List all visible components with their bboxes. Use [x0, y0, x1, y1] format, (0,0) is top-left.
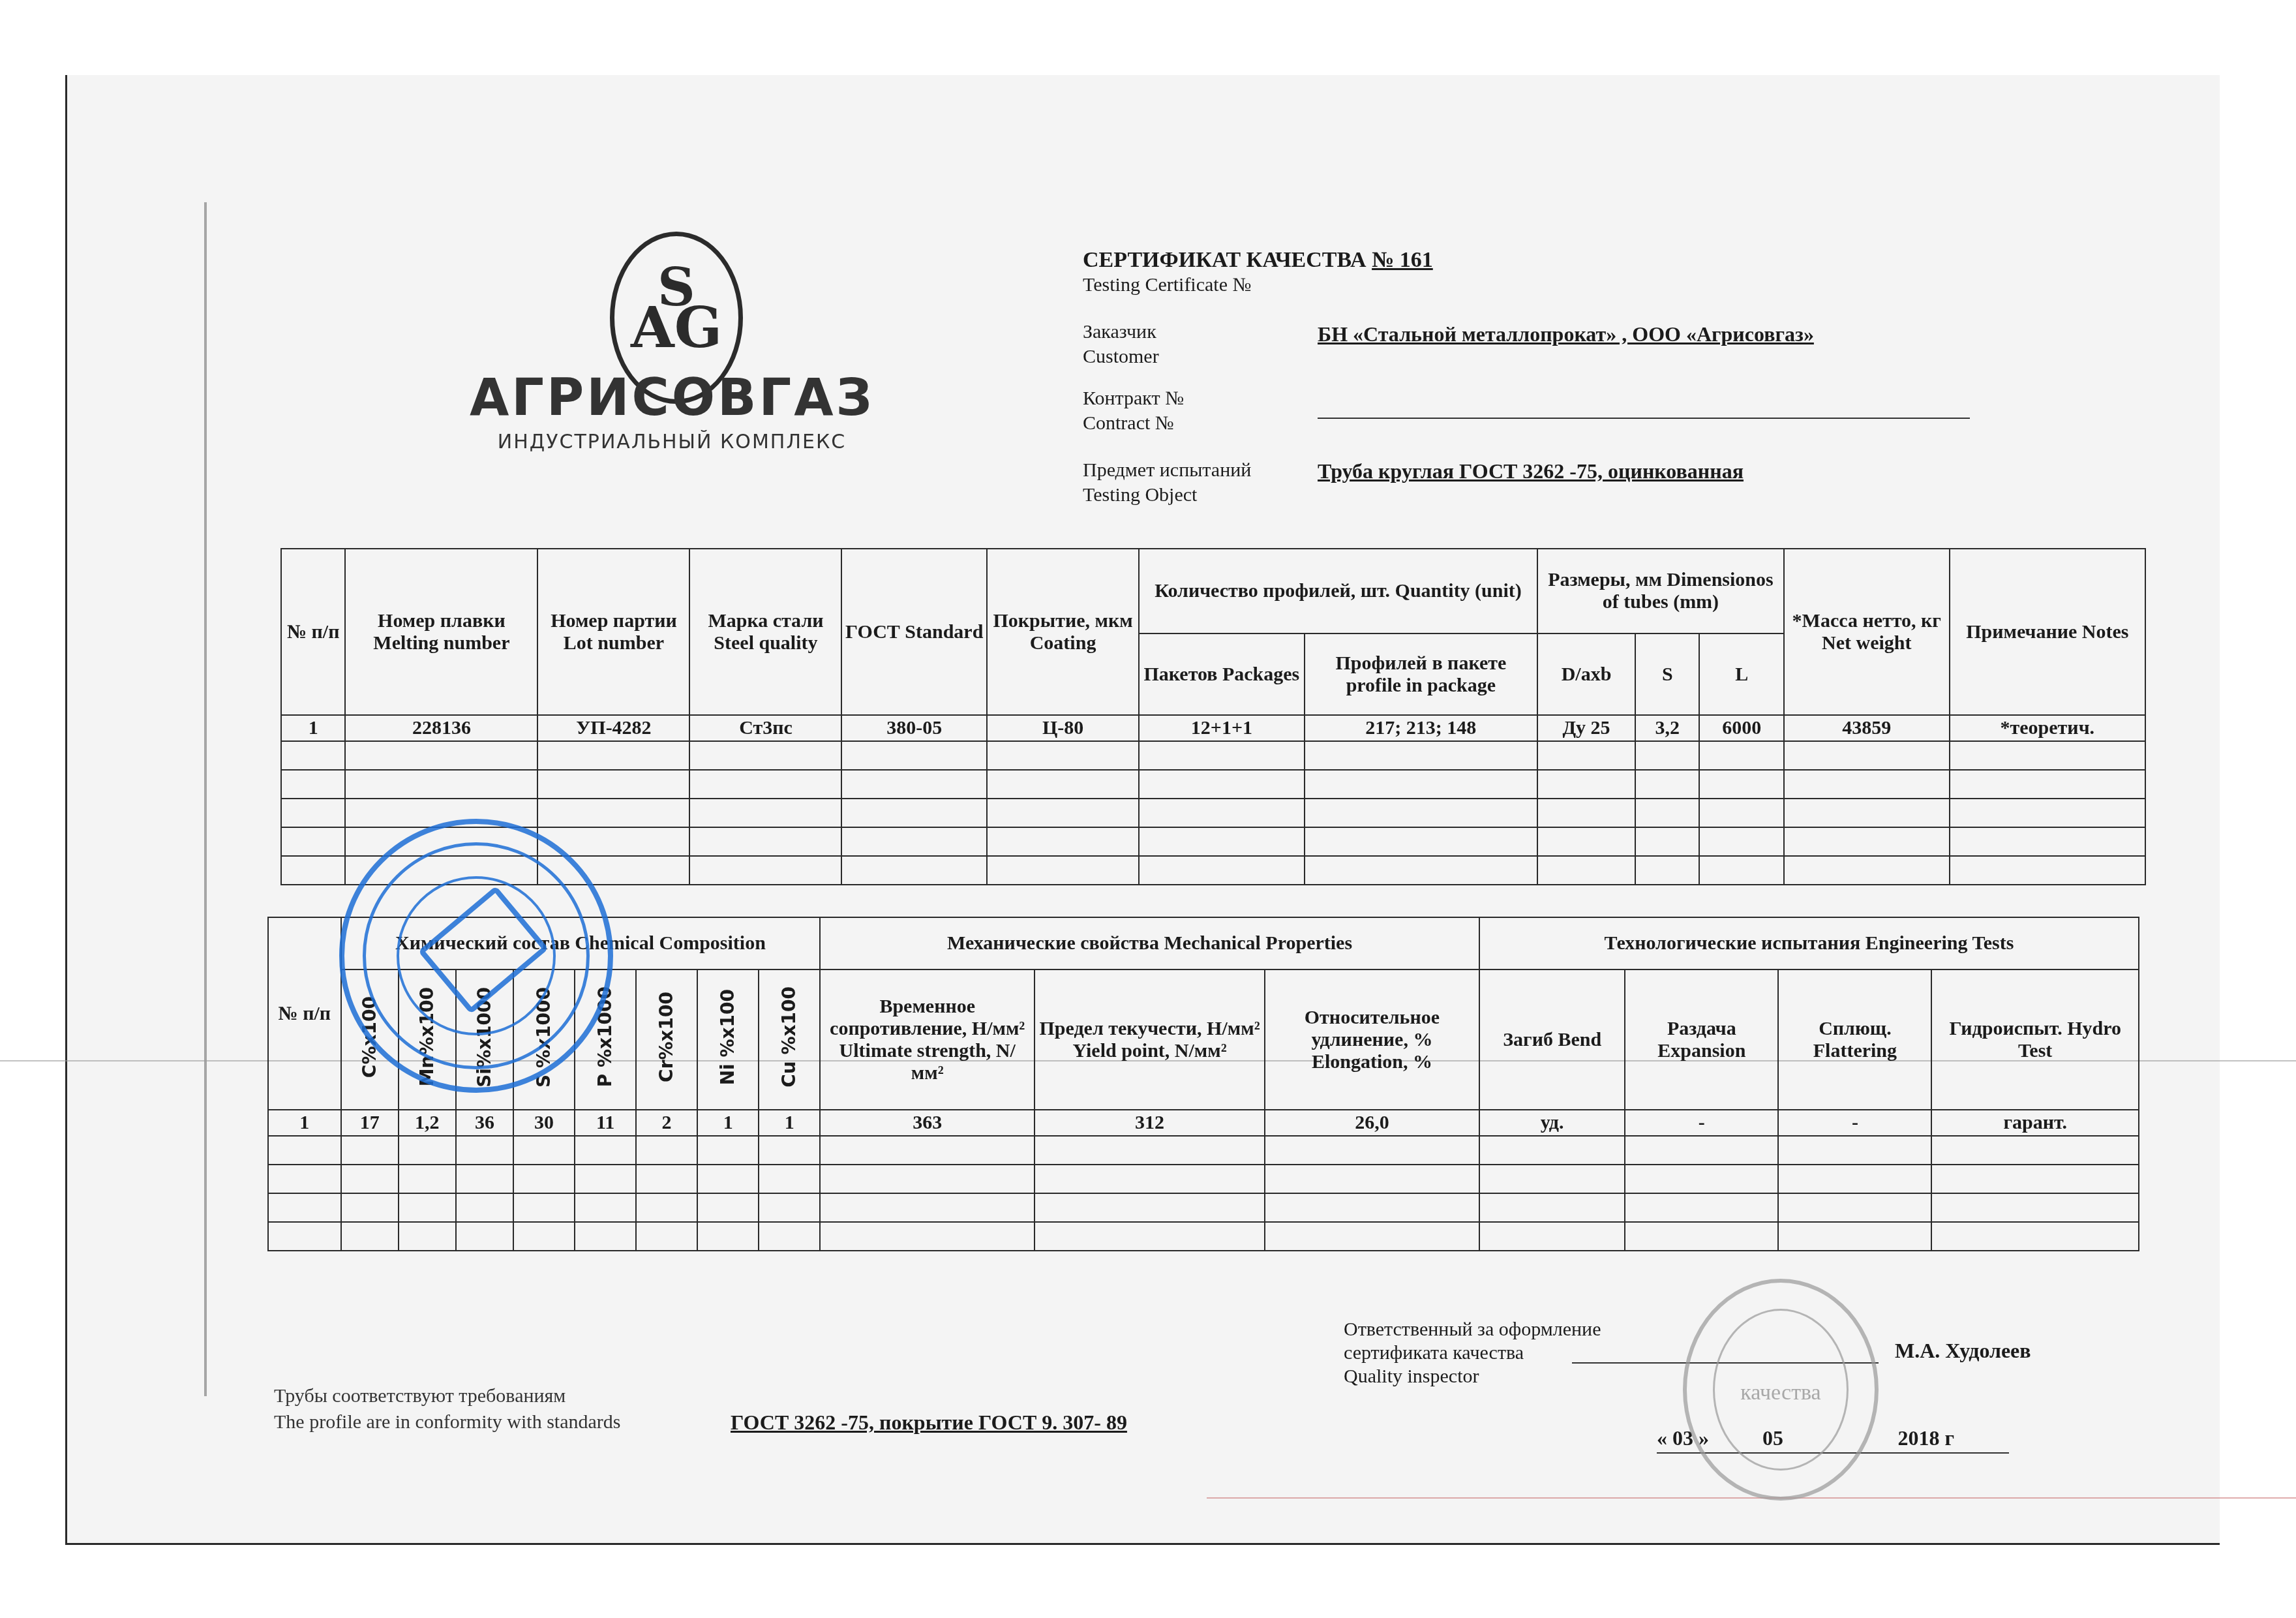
certificate-header: СЕРТИФИКАТ КАЧЕСТВА № 161 Testing Certif… [1083, 248, 1433, 296]
quality-stamp: качества [1683, 1279, 1879, 1501]
customer-value: БН «Стальной металлопрокат» , ООО «Агрис… [1318, 322, 1814, 346]
contract-label: Контракт № Contract № [1083, 386, 1184, 436]
col-packages: Пакетов Packages [1139, 633, 1305, 715]
col-profiles: Профилей в пакете profile in package [1305, 633, 1537, 715]
table-row: 1 228136 УП-4282 Ст3пс 380-05 Ц-80 12+1+… [281, 715, 2145, 741]
inspector-name: М.А. Худолеев [1895, 1339, 2031, 1363]
table-row: 1 17 1,2 36 30 11 2 1 1 363 312 26,0 уд.… [268, 1110, 2139, 1136]
table-row-empty [268, 1193, 2139, 1222]
col-lot: Номер партии Lot number [537, 549, 689, 715]
conformity-statement: Трубы соответствуют требованиям The prof… [274, 1383, 621, 1435]
col-bend: Загиб Bend [1479, 969, 1625, 1110]
product-table: № п/п Номер плавки Melting number Номер … [280, 548, 2146, 885]
col-cr: Cr%x100 [636, 969, 697, 1110]
col-hydro: Гидроиспыт. Hydro Test [1931, 969, 2139, 1110]
col-mass: *Масса нетто, кг Net weight [1784, 549, 1950, 715]
col-d: D/axb [1537, 633, 1635, 715]
company-name: АГРИСОВГАЗ [470, 369, 874, 427]
table-row-empty [281, 770, 2145, 799]
table-row-empty [268, 1165, 2139, 1193]
col-dimensions-group: Размеры, мм Dimensionos of tubes (mm) [1537, 549, 1784, 633]
col-l: L [1699, 633, 1783, 715]
table-row-empty [268, 1136, 2139, 1165]
table-row-empty [281, 799, 2145, 827]
certificate-title: СЕРТИФИКАТ КАЧЕСТВА № 161 [1083, 248, 1433, 273]
testing-object-value: Труба круглая ГОСТ 3262 -75, оцинкованна… [1318, 459, 1744, 483]
col-cu: Cu %x100 [759, 969, 820, 1110]
col-gost: ГОСТ Standard [841, 549, 987, 715]
testing-object-label: Предмет испытаний Testing Object [1083, 458, 1251, 508]
conformity-standards: ГОСТ 3262 -75, покрытие ГОСТ 9. 307- 89 [731, 1409, 1127, 1435]
col-s: S [1635, 633, 1699, 715]
col-ultimate: Временное сопротивление, Н/мм² Ultimate … [820, 969, 1035, 1110]
certificate-title-en: Testing Certificate № [1083, 274, 1433, 296]
col-mechanical-group: Механические свойства Mechanical Propert… [820, 917, 1479, 969]
col-ni: Ni %x100 [697, 969, 759, 1110]
company-seal-stamp [339, 819, 613, 1093]
table-row-empty [268, 1222, 2139, 1251]
col-elongation: Относительное удлинение, % Elongation, % [1265, 969, 1479, 1110]
scan-artifact-line [1207, 1497, 2296, 1499]
customer-label: Заказчик Customer [1083, 320, 1159, 369]
quality-inspector-label: Ответственный за оформление сертификата … [1344, 1318, 1601, 1388]
col-num: № п/п [281, 549, 345, 715]
col-quantity-group: Количество профилей, шт. Quantity (unit) [1139, 549, 1537, 633]
col-notes: Примечание Notes [1950, 549, 2145, 715]
col-melting: Номер плавки Melting number [345, 549, 537, 715]
col-steel: Марка стали Steel quality [689, 549, 841, 715]
company-subtitle: ИНДУСТРИАЛЬНЫЙ КОМПЛЕКС [470, 431, 874, 453]
col-coating: Покрытие, мкм Coating [987, 549, 1139, 715]
table-row-empty [281, 741, 2145, 770]
col-expansion: Раздача Expansion [1625, 969, 1778, 1110]
col-flattering: Сплющ. Flattering [1778, 969, 1931, 1110]
certificate-number: № 161 [1372, 248, 1433, 272]
col-num: № п/п [268, 917, 341, 1110]
contract-value-line [1318, 418, 1970, 419]
col-engineering-group: Технологические испытания Engineering Te… [1479, 917, 2139, 969]
logo-monogram: S AG [610, 261, 743, 356]
scan-edge [204, 202, 207, 1396]
col-yield: Предел текучести, Н/мм² Yield point, N/м… [1035, 969, 1265, 1110]
